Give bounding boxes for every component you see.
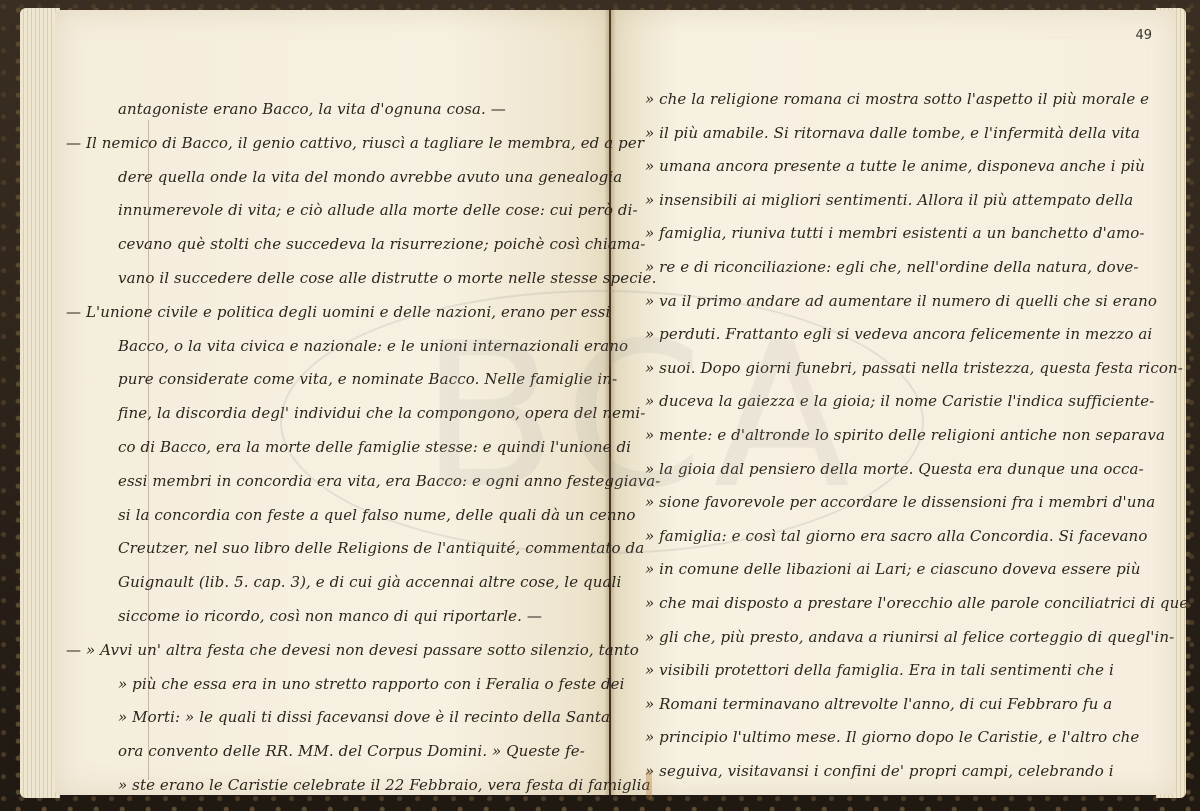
manuscript-line: » gli che, più presto, andava a riunirsi… xyxy=(645,628,1174,646)
manuscript-line: » Morti: » le quali ti dissi facevansi d… xyxy=(118,708,610,726)
manuscript-line: Creutzer, nel suo libro delle Religions … xyxy=(118,539,644,557)
manuscript-line: » mente: e d'altronde lo spirito delle r… xyxy=(645,426,1165,444)
manuscript-line: » va il primo andare ad aumentare il num… xyxy=(645,292,1157,310)
manuscript-line: — L'unione civile e politica degli uomin… xyxy=(66,303,610,321)
manuscript-line: » visibili protettori della famiglia. Er… xyxy=(645,661,1114,679)
manuscript-line: » Romani terminavano altrevolte l'anno, … xyxy=(645,695,1112,713)
manuscript-line: » famiglia: e così tal giorno era sacro … xyxy=(645,527,1147,545)
manuscript-line: antagoniste erano Bacco, la vita d'ognun… xyxy=(118,100,506,118)
manuscript-line: » re e di riconciliazione: egli che, nel… xyxy=(645,258,1139,276)
manuscript-line: » seguiva, visitavansi i confini de' pro… xyxy=(645,762,1114,780)
manuscript-line: » sione favorevole per accordare le diss… xyxy=(645,493,1155,511)
manuscript-line: » suoi. Dopo giorni funebri, passati nel… xyxy=(645,359,1183,377)
manuscript-line: » principio l'ultimo mese. Il giorno dop… xyxy=(645,728,1139,746)
manuscript-line: » più che essa era in uno stretto rappor… xyxy=(118,675,625,693)
manuscript-line: cevano què stolti che succedeva la risur… xyxy=(118,235,645,253)
manuscript-line: — » Avvi un' altra festa che devesi non … xyxy=(66,641,639,659)
manuscript-line: si la concordia con feste a quel falso n… xyxy=(118,506,636,524)
ink-stain xyxy=(646,770,652,800)
manuscript-line: pure considerate come vita, e nominate B… xyxy=(118,370,617,388)
manuscript-line: » insensibili ai migliori sentimenti. Al… xyxy=(645,191,1133,209)
manuscript-line: » umana ancora presente a tutte le anime… xyxy=(645,157,1145,175)
manuscript-line: » la gioia dal pensiero della morte. Que… xyxy=(645,460,1144,478)
manuscript-line: » duceva la gaiezza e la gioia; il nome … xyxy=(645,392,1154,410)
manuscript-line: vano il succedere delle cose alle distru… xyxy=(118,269,656,287)
manuscript-line: Guignault (lib. 5. cap. 3), e di cui già… xyxy=(118,573,621,591)
page-edges-left xyxy=(20,8,60,798)
manuscript-line: » ste erano le Caristie celebrate il 22 … xyxy=(118,776,651,794)
manuscript-line: » in comune delle libazioni ai Lari; e c… xyxy=(645,560,1141,578)
manuscript-line: » che la religione romana ci mostra sott… xyxy=(645,90,1149,108)
manuscript-line: dere quella onde la vita del mondo avreb… xyxy=(118,168,622,186)
manuscript-line: fine, la discordia degl' individui che l… xyxy=(118,404,645,422)
manuscript-line: Bacco, o la vita civica e nazionale: e l… xyxy=(118,337,628,355)
manuscript-line: innumerevole di vita; e ciò allude alla … xyxy=(118,201,638,219)
manuscript-line: » famiglia, riuniva tutti i membri esist… xyxy=(645,224,1145,242)
manuscript-line: » perduti. Frattanto egli si vedeva anco… xyxy=(645,325,1152,343)
page-number: 49 xyxy=(1135,28,1152,43)
manuscript-line: siccome io ricordo, così non manco di qu… xyxy=(118,607,542,625)
manuscript-line: essi membri in concordia era vita, era B… xyxy=(118,472,660,490)
manuscript-line: ora convento delle RR. MM. del Corpus Do… xyxy=(118,742,585,760)
manuscript-line: co di Bacco, era la morte delle famiglie… xyxy=(118,438,631,456)
manuscript-line: — Il nemico di Bacco, il genio cattivo, … xyxy=(66,134,644,152)
manuscript-line: » il più amabile. Si ritornava dalle tom… xyxy=(645,124,1140,142)
manuscript-line: » che mai disposto a prestare l'orecchio… xyxy=(645,594,1193,612)
